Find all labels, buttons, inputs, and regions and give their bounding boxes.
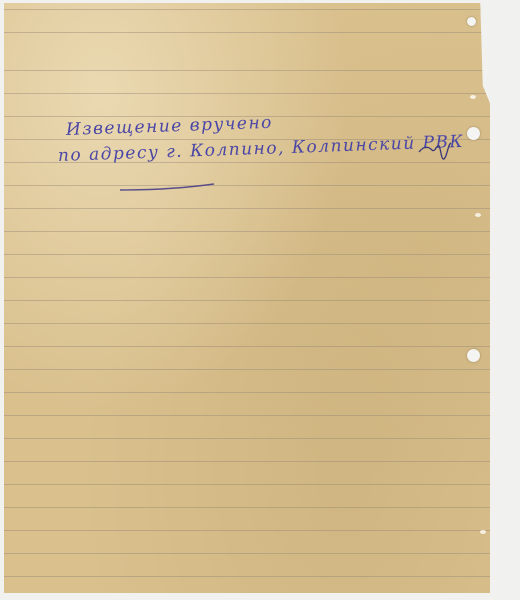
ruled-lines bbox=[4, 3, 490, 593]
punch-hole-lower bbox=[467, 349, 480, 362]
signature-icon bbox=[418, 140, 458, 162]
paper-tear-mark bbox=[475, 213, 481, 217]
paper-tear-mark bbox=[480, 530, 486, 534]
lined-paper-sheet bbox=[4, 3, 490, 593]
punch-hole-upper bbox=[467, 127, 480, 140]
paper-tear-mark bbox=[470, 95, 476, 99]
underline-stroke bbox=[118, 180, 218, 194]
punch-hole-top bbox=[467, 17, 476, 26]
